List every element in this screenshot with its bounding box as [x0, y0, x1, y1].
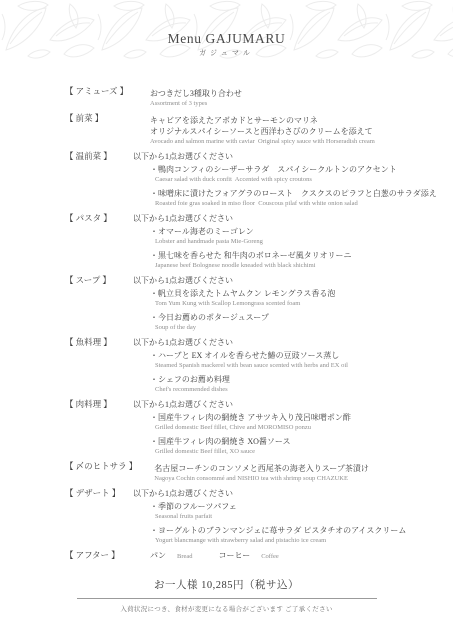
menu-page: Menu GAJUMARU ガジュマル 【 アミューズ 】 おつきだし3種取り合…: [0, 0, 453, 640]
dish-name-jp: ・ハーブと EX オイルを香らせた鰆の豆豉ソース蒸し: [150, 350, 437, 361]
dish-name-jp: ・帆立貝を添えたトムヤムクン レモングラス香る泡: [150, 288, 437, 299]
after-item-jp-bread: パン: [150, 550, 166, 561]
dish-name-en: Grilled domestic Beef fillet, Chive and …: [150, 423, 437, 432]
dish-name-en: Yogurt blancmange with strawberry salad …: [150, 536, 437, 545]
bullet-dot: ・: [150, 251, 158, 260]
dish-name-jp: ・味噌床に漬けたフォアグラのロースト クスクスのピラフと白葱のサラダ添え: [150, 188, 437, 199]
section-warm-appetizer: 【 温前菜 】 以下から1点お選びください ・鴨肉コンフィのシーザーサラダ スパ…: [65, 151, 437, 208]
section-label: 【 デザート 】: [65, 488, 133, 499]
dish-name-en: Seasonal fruits parfait: [150, 512, 437, 521]
section-label: 【 温前菜 】: [65, 151, 133, 162]
section-appetizer: 【 前菜 】 キャビアを添えたアボカドとサーモンのマリネ オリジナルスパイシーソ…: [65, 113, 437, 146]
price-per-person: お一人様 10,285円（税サ込）: [0, 579, 453, 593]
section-label: 【 〆のヒトサラ 】: [65, 461, 137, 472]
dish-text: 帆立貝を添えたトムヤムクン レモングラス香る泡: [158, 289, 335, 298]
dish-name-en: Assortment of 3 types: [150, 99, 437, 108]
dish-name-jp: ・季節のフルーツパフェ: [150, 501, 437, 512]
dish-text: ハーブと EX オイルを香らせた鰆の豆豉ソース蒸し: [158, 351, 339, 360]
dish-name-en: Avocado and salmon marine with caviar Or…: [150, 137, 437, 146]
dish-name-en: Caesar salad with duck confit Accented w…: [150, 175, 437, 184]
section-label: 【 アミューズ 】: [65, 86, 133, 97]
dish-name-en: Grilled domestic Beef fillet, XO sauce: [150, 447, 437, 456]
after-item-en-bread: Bread: [177, 552, 193, 561]
dish-name-jp: ・シェフのお薦め料理: [150, 374, 437, 385]
dish-text: 季節のフルーツパフェ: [158, 502, 237, 511]
section-dessert: 【 デザート 】 以下から1点お選びください ・季節のフルーツパフェ Seaso…: [65, 488, 437, 545]
choose-instruction: 以下から1点お選びください: [133, 151, 437, 162]
dish-name-en: Soup of the day: [150, 323, 437, 332]
dish-text: 国産牛フィレ肉の網焼き XO醤ソース: [158, 437, 291, 446]
after-items-row: パン Bread コーヒー Coffee: [133, 550, 437, 561]
bullet-dot: ・: [150, 351, 158, 360]
bullet-dot: ・: [150, 437, 158, 446]
after-item-en-coffee: Coffee: [261, 552, 279, 561]
dish-text: 今日お薦めのポタージュスープ: [158, 313, 269, 322]
dish-name-jp-line2: オリジナルスパイシーソースと西洋わさびのクリームを添えて: [150, 126, 437, 137]
section-amuse: 【 アミューズ 】 おつきだし3種取り合わせ Assortment of 3 t…: [65, 86, 437, 108]
dish-name-jp: キャビアを添えたアボカドとサーモンのマリネ: [150, 115, 437, 126]
choose-instruction: 以下から1点お選びください: [133, 337, 437, 348]
dish-name-jp: おつきだし3種取り合わせ: [150, 88, 437, 99]
dish-name-jp: ・ヨーグルトのブランマンジェに苺サラダ ピスタチオのアイスクリーム: [150, 525, 437, 536]
dish-name-jp: ・国産牛フィレ肉の網焼き XO醤ソース: [150, 436, 437, 447]
dish-name-jp: ・黒七味を香らせた 和牛肉のボロネーゼ風タリオリーニ: [150, 250, 437, 261]
section-after: 【 アフター 】 パン Bread コーヒー Coffee: [65, 550, 437, 561]
bullet-dot: ・: [150, 375, 158, 384]
dish-name-en: Roasted foie gras soaked in miso floor C…: [150, 199, 437, 208]
bullet-dot: ・: [150, 289, 158, 298]
dish-text: ヨーグルトのブランマンジェに苺サラダ ピスタチオのアイスクリーム: [158, 526, 406, 535]
bullet-dot: ・: [150, 165, 158, 174]
section-pasta: 【 パスタ 】 以下から1点お選びください ・オマール海老のミーゴレン Lobs…: [65, 213, 437, 270]
dish-name-en: Chef's recommended dishes: [150, 385, 437, 394]
choose-instruction: 以下から1点お選びください: [133, 488, 437, 499]
choose-instruction: 以下から1点お選びください: [133, 213, 437, 224]
dish-name-en: Nagoya Cochin consommé and NISHIO tea wi…: [154, 474, 437, 483]
section-label: 【 魚料理 】: [65, 337, 133, 348]
bullet-dot: ・: [150, 313, 158, 322]
dish-name-en: Steamed Spanish mackerel with bean sauce…: [150, 361, 437, 370]
pricing-block: お一人様 10,285円（税サ込） 入荷状況につき、食材が変更になる場合がござい…: [0, 579, 453, 614]
bullet-dot: ・: [150, 227, 158, 236]
footer-disclaimer: 入荷状況につき、食材が変更になる場合がございます ご了承ください: [0, 605, 453, 614]
after-item-jp-coffee: コーヒー: [219, 550, 251, 561]
divider-line: [77, 598, 377, 599]
choose-instruction: 以下から1点お選びください: [133, 275, 437, 286]
dish-name-en: Japanese beef Bolognese noodle kneaded w…: [150, 261, 437, 270]
bullet-dot: ・: [150, 526, 158, 535]
menu-subtitle: ガジュマル: [0, 49, 453, 58]
dish-name-jp: ・国産牛フィレ肉の網焼き アサツキ入り茂呂味噌ポン酢: [150, 412, 437, 423]
dish-name-jp: 名古屋コーチンのコンソメと西尾茶の海老入りスープ茶漬け: [154, 463, 437, 474]
dish-name-en: Tom Yum Kung with Scallop Lemongrass sce…: [150, 299, 437, 308]
dish-text: 黒七味を香らせた 和牛肉のボロネーゼ風タリオリーニ: [158, 251, 352, 260]
choose-instruction: 以下から1点お選びください: [133, 399, 437, 410]
dish-name-jp: ・今日お薦めのポタージュスープ: [150, 312, 437, 323]
bullet-dot: ・: [150, 502, 158, 511]
bullet-dot: ・: [150, 413, 158, 422]
section-label: 【 肉料理 】: [65, 399, 133, 410]
dish-text: 鴨肉コンフィのシーザーサラダ スパイシークルトンのアクセント: [158, 165, 397, 174]
section-label: 【 アフター 】: [65, 550, 133, 561]
menu-title: Menu GAJUMARU: [0, 31, 453, 46]
dish-text: 国産牛フィレ肉の網焼き アサツキ入り茂呂味噌ポン酢: [158, 413, 351, 422]
section-soup: 【 スープ 】 以下から1点お選びください ・帆立貝を添えたトムヤムクン レモン…: [65, 275, 437, 332]
section-label: 【 パスタ 】: [65, 213, 133, 224]
title-block: Menu GAJUMARU ガジュマル: [0, 31, 453, 58]
dish-name-jp: ・鴨肉コンフィのシーザーサラダ スパイシークルトンのアクセント: [150, 164, 437, 175]
section-label: 【 スープ 】: [65, 275, 133, 286]
section-fish: 【 魚料理 】 以下から1点お選びください ・ハーブと EX オイルを香らせた鰆…: [65, 337, 437, 394]
section-finishing-dish: 【 〆のヒトサラ 】 名古屋コーチンのコンソメと西尾茶の海老入りスープ茶漬け N…: [65, 461, 437, 483]
menu-body: 【 アミューズ 】 おつきだし3種取り合わせ Assortment of 3 t…: [65, 86, 437, 566]
dish-text: シェフのお薦め料理: [158, 375, 230, 384]
dish-text: オマール海老のミーゴレン: [158, 227, 254, 236]
section-meat: 【 肉料理 】 以下から1点お選びください ・国産牛フィレ肉の網焼き アサツキ入…: [65, 399, 437, 456]
dish-name-en: Lobster and handmade pasta Mie-Goreng: [150, 237, 437, 246]
dish-text: 味噌床に漬けたフォアグラのロースト クスクスのピラフと白葱のサラダ添え: [158, 189, 437, 198]
section-label: 【 前菜 】: [65, 113, 133, 124]
bullet-dot: ・: [150, 189, 158, 198]
dish-name-jp: ・オマール海老のミーゴレン: [150, 226, 437, 237]
